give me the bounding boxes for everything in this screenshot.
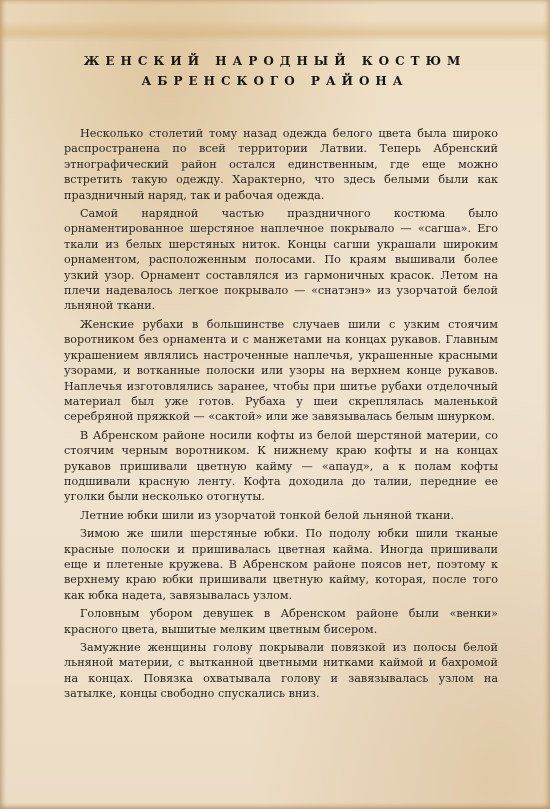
- paragraph: Несколько столетий тому назад одежда бел…: [64, 126, 498, 203]
- paper-stain: [0, 20, 550, 42]
- paragraph: Летние юбки шили из узорчатой тонкой бел…: [64, 508, 498, 523]
- paragraph: В Абренском районе носили кофты из белой…: [64, 428, 498, 505]
- document-page: ЖЕНСКИЙ НАРОДНЫЙ КОСТЮМ АБРЕНСКОГО РАЙОН…: [0, 0, 550, 809]
- paragraph: Самой нарядной частью праздничного костю…: [64, 206, 498, 314]
- document-body: Несколько столетий тому назад одежда бел…: [64, 126, 498, 705]
- paragraph: Головным убором девушек в Абренском райо…: [64, 606, 498, 637]
- document-title-line-1: ЖЕНСКИЙ НАРОДНЫЙ КОСТЮМ: [0, 54, 550, 68]
- paragraph: Женские рубахи в большинстве случаев шил…: [64, 317, 498, 425]
- paragraph: Замужние женщины голову покрывали повязк…: [64, 640, 498, 702]
- paragraph: Зимою же шили шерстяные юбки. По подолу …: [64, 526, 498, 603]
- document-title-line-2: АБРЕНСКОГО РАЙОНА: [0, 74, 550, 88]
